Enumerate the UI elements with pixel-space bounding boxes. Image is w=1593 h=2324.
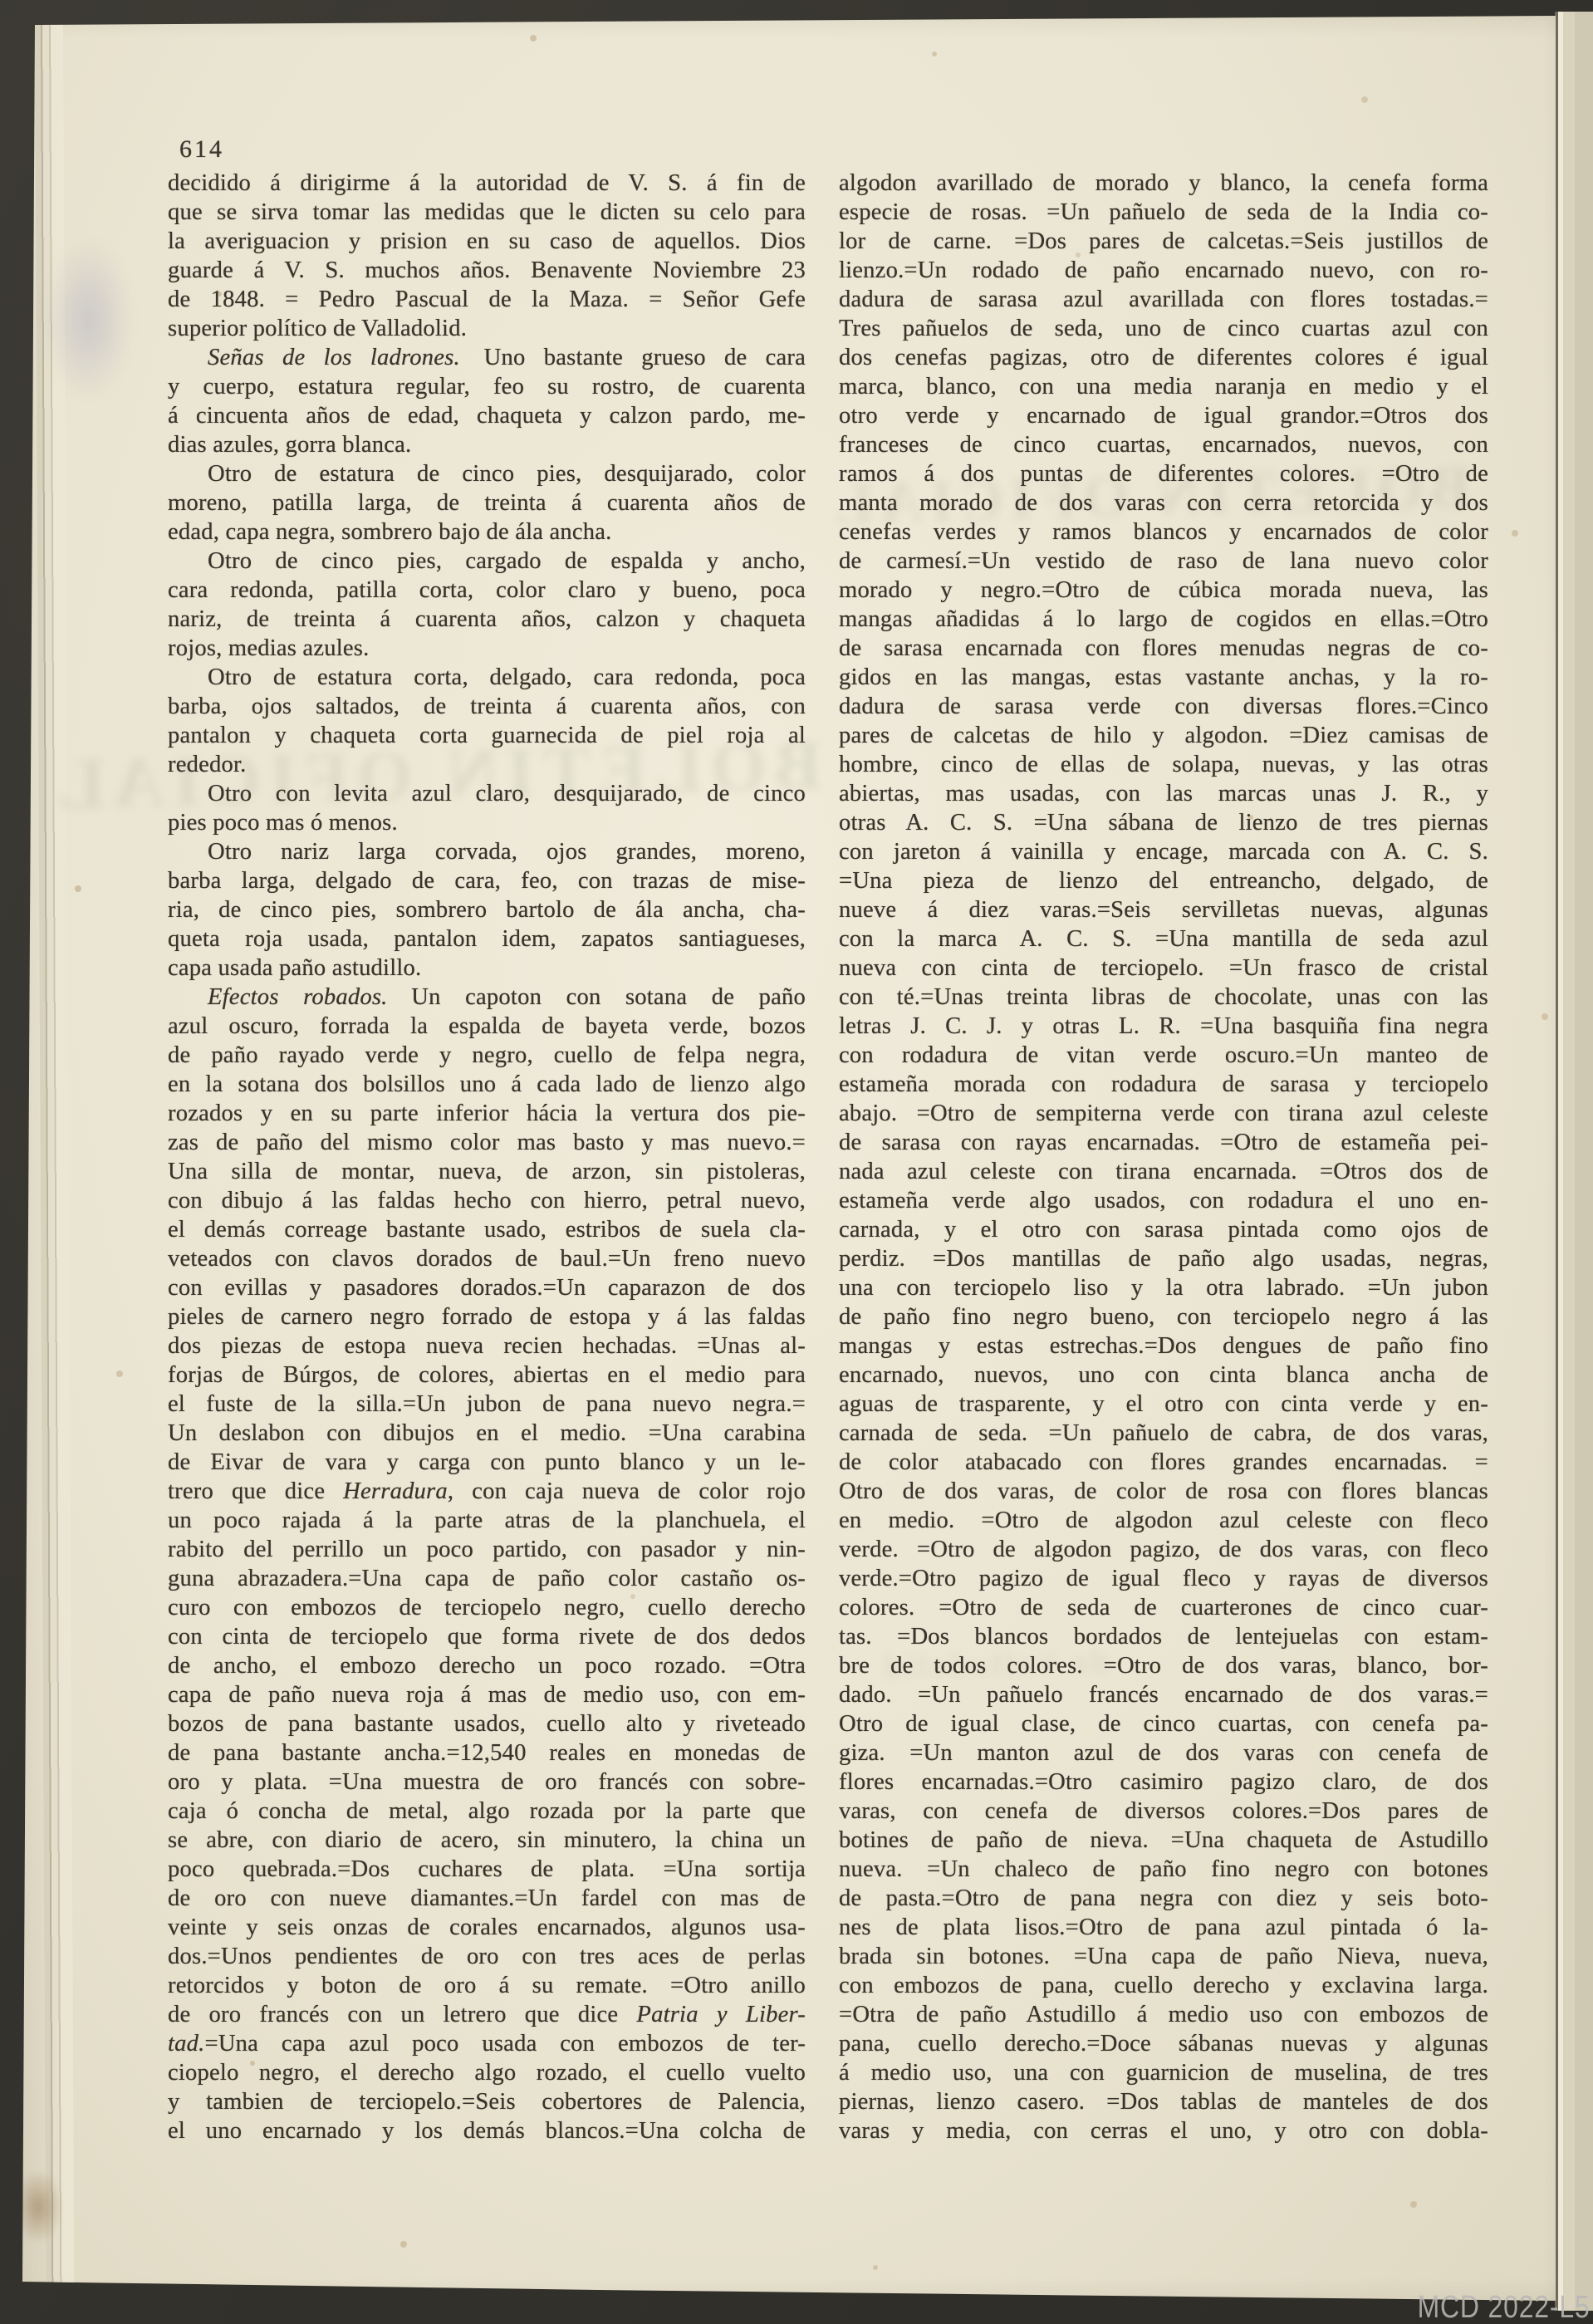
text-line: letras J. C. J. y otras L. R. =Una basqu… <box>839 1012 1488 1041</box>
text-line: gidos en las mangas, estas vastante anch… <box>839 663 1488 692</box>
text-line: Efectos robados. Un capoton con sotana d… <box>168 983 806 1012</box>
text-line: de oro con nueve diamantes.=Un fardel co… <box>168 1884 806 1913</box>
text-line: de paño rayado verde y negro, cuello de … <box>168 1041 806 1070</box>
text-line: pantalon y chaqueta corta guarnecida de … <box>168 721 806 750</box>
text-line: franceses de cinco cuartas, encarnados, … <box>839 430 1488 459</box>
text-line: carnada de seda. =Un pañuelo de cabra, d… <box>839 1419 1488 1448</box>
text-line: de ancho, el embozo derecho un poco roza… <box>168 1651 806 1680</box>
text-line: de Eivar de vara y carga con punto blanc… <box>168 1448 806 1477</box>
text-line: dos cenefas pagizas, otro de diferentes … <box>839 343 1488 372</box>
text-line: Tres pañuelos de seda, uno de cinco cuar… <box>839 314 1488 343</box>
text-line: pana, cuello derecho.=Doce sábanas nueva… <box>839 2029 1488 2058</box>
text-line: algodon avarillado de morado y blanco, l… <box>839 169 1488 198</box>
text-line: mangas añadidas á lo largo de cogidos en… <box>839 605 1488 634</box>
text-line: hombre, cinco de ellas de solapa, nuevas… <box>839 750 1488 779</box>
text-line: varas y media, con cerras el uno, y otro… <box>839 2116 1488 2145</box>
text-line: aguas de trasparente, y el otro con cint… <box>839 1390 1488 1419</box>
text-line: la averiguacion y prision en su caso de … <box>168 227 806 256</box>
text-line: con la marca A. C. S. =Una mantilla de s… <box>839 924 1488 954</box>
text-line: queta roja usada, pantalon idem, zapatos… <box>168 924 806 954</box>
text-line: á cincuenta años de edad, chaqueta y cal… <box>168 401 806 430</box>
text-line: pares de calcetas de hilo y algodon. =Di… <box>839 721 1488 750</box>
paragraph: algodon avarillado de morado y blanco, l… <box>839 169 1488 2145</box>
text-line: botines de paño de nieva. =Una chaqueta … <box>839 1826 1488 1855</box>
page-number: 614 <box>179 135 224 164</box>
text-line: de sarasa encarnada con flores menudas n… <box>839 634 1488 663</box>
text-line: Otro de estatura corta, delgado, cara re… <box>168 663 806 692</box>
text-line: á medio uso, una con guarnicion de musel… <box>839 2058 1488 2087</box>
text-line: colores. =Otro de seda de cuarterones de… <box>839 1593 1488 1622</box>
text-line: Otro de igual clase, de cinco cuartas, c… <box>839 1709 1488 1738</box>
text-line: Otro con levita azul claro, desquijarado… <box>168 779 806 808</box>
text-line: cenefas verdes y ramos blancos y encarna… <box>839 517 1488 547</box>
foxing-spots <box>0 0 3 3</box>
text-line: dos piezas de estopa nueva recien hechad… <box>168 1331 806 1361</box>
text-line: flores encarnadas.=Otro casimiro pagizo … <box>839 1768 1488 1797</box>
text-line: estameña verde algo usados, con rodadura… <box>839 1186 1488 1215</box>
text-line: encarnado, nuevos, uno con cinta blanca … <box>839 1361 1488 1390</box>
text-line: rabito del perrillo un poco partido, con… <box>168 1535 806 1564</box>
text-line: especie de rosas. =Un pañuelo de seda de… <box>839 198 1488 227</box>
paragraph: Otro con levita azul claro, desquijarado… <box>168 779 806 837</box>
text-line: Otro de dos varas, de color de rosa con … <box>839 1477 1488 1506</box>
text-line: de oro francés con un letrero que dice P… <box>168 2000 806 2029</box>
text-line: dos.=Unos pendientes de oro con tres ace… <box>168 1942 806 1971</box>
text-line: forjas de Búrgos, de colores, abiertas e… <box>168 1361 806 1390</box>
text-line: caja ó concha de metal, algo rozada por … <box>168 1797 806 1826</box>
text-line: capa de paño nueva roja á mas de medio u… <box>168 1680 806 1709</box>
text-line: moreno, patilla larga, de treinta á cuar… <box>168 488 806 517</box>
text-line: se abre, con diario de acero, sin minute… <box>168 1826 806 1855</box>
text-line: el uno encarnado y los demás blancos.=Un… <box>168 2116 806 2145</box>
text-line: Una silla de montar, nueva, de arzon, si… <box>168 1157 806 1186</box>
text-line: veinte y seis onzas de corales encarnado… <box>168 1913 806 1942</box>
text-line: abiertas, mas usadas, con las marcas una… <box>839 779 1488 808</box>
text-line: con embozos de pana, cuello derecho y ex… <box>839 1971 1488 2000</box>
text-line: giza. =Un manton azul de dos varas con c… <box>839 1738 1488 1768</box>
paragraph: Señas de los ladrones. Uno bastante grue… <box>168 343 806 459</box>
text-line: oro y plata. =Una muestra de oro francés… <box>168 1768 806 1797</box>
text-line: perdiz. =Dos mantillas de paño algo usad… <box>839 1244 1488 1273</box>
text-line: ria, de cinco pies, sombrero bartolo de … <box>168 895 806 924</box>
text-line: tad.=Una capa azul poco usada con embozo… <box>168 2029 806 2058</box>
text-line: y cuerpo, estatura regular, feo su rostr… <box>168 372 806 401</box>
text-line: de paño fino negro bueno, con terciopelo… <box>839 1302 1488 1331</box>
text-line: nes de plata lisos.=Otro de pana azul pi… <box>839 1913 1488 1942</box>
text-line: bozos de pana bastante usados, cuello al… <box>168 1709 806 1738</box>
text-line: con té.=Unas treinta libras de chocolate… <box>839 983 1488 1012</box>
document-page: BOLETIN OFICIAL BOLETIN OFICIAL de Valla… <box>0 0 1593 2324</box>
text-line: zas de paño del mismo color mas basto y … <box>168 1128 806 1157</box>
text-line: decidido á dirigirme á la autoridad de V… <box>168 169 806 198</box>
scan-background: BOLETIN OFICIAL BOLETIN OFICIAL de Valla… <box>0 0 1593 2324</box>
text-line: =Una pieza de lienzo del entreancho, del… <box>839 866 1488 895</box>
paper-stain <box>13 2170 63 2244</box>
text-line: abajo. =Otro de sempiterna verde con tir… <box>839 1099 1488 1128</box>
text-line: verde.=Otro pagizo de igual fleco y raya… <box>839 1564 1488 1593</box>
text-line: una con terciopelo liso y la otra labrad… <box>839 1273 1488 1302</box>
text-column-left: decidido á dirigirme á la autoridad de V… <box>168 169 806 2145</box>
text-line: estameña morada con rodadura de sarasa y… <box>839 1070 1488 1099</box>
text-line: lor de carne. =Dos pares de calcetas.=Se… <box>839 227 1488 256</box>
text-line: el fuste de la silla.=Un jubon de pana n… <box>168 1390 806 1419</box>
text-line: con rodadura de vitan verde oscuro.=Un m… <box>839 1041 1488 1070</box>
text-line: mangas y estas estrechas.=Dos dengues de… <box>839 1331 1488 1361</box>
text-line: y tambien de terciopelo.=Seis cobertores… <box>168 2087 806 2116</box>
text-line: verde. =Otro de algodon pagizo, de dos v… <box>839 1535 1488 1564</box>
paragraph: Otro de estatura de cinco pies, desquija… <box>168 459 806 547</box>
text-line: bre de todos colores. =Otro de dos varas… <box>839 1651 1488 1680</box>
text-line: piernas, lienzo casero. =Dos tablas de m… <box>839 2087 1488 2116</box>
text-line: rojos, medias azules. <box>168 634 806 663</box>
text-line: de pasta.=Otro de pana negra con diez y … <box>839 1884 1488 1913</box>
text-line: dadura de sarasa azul avarillada con flo… <box>839 285 1488 314</box>
text-line: barba larga, delgado de cara, feo, con t… <box>168 866 806 895</box>
text-line: de color atabacado con flores grandes en… <box>839 1448 1488 1477</box>
text-line: de pana bastante ancha.=12,540 reales en… <box>168 1738 806 1768</box>
text-line: nueva con cinta de terciopelo. =Un frasc… <box>839 954 1488 983</box>
paragraph: Efectos robados. Un capoton con sotana d… <box>168 983 806 2145</box>
text-line: dias azules, gorra blanca. <box>168 430 806 459</box>
text-line: trero que dice Herradura, con caja nueva… <box>168 1477 806 1506</box>
text-line: nueve á diez varas.=Seis servilletas nue… <box>839 895 1488 924</box>
text-line: que se sirva tomar las medidas que le di… <box>168 198 806 227</box>
text-line: manta morado de dos varas con cerra reto… <box>839 488 1488 517</box>
paragraph: Otro de estatura corta, delgado, cara re… <box>168 663 806 779</box>
text-line: marca, blanco, con una media naranja en … <box>839 372 1488 401</box>
text-line: ciopelo negro, el derecho algo rozado, e… <box>168 2058 806 2087</box>
text-line: guna abrazadera.=Una capa de paño color … <box>168 1564 806 1593</box>
text-line: barba, ojos saltados, de treinta á cuare… <box>168 692 806 721</box>
watermark: MCD 2022-L5 <box>1418 2290 1591 2324</box>
text-line: veteados con clavos dorados de baul.=Un … <box>168 1244 806 1273</box>
text-line: otras A. C. S. =Una sábana de lienzo de … <box>839 808 1488 837</box>
text-line: retorcidos y boton de oro á su remate. =… <box>168 1971 806 2000</box>
text-line: un poco rajada á la parte atras de la pl… <box>168 1506 806 1535</box>
text-line: dado. =Un pañuelo francés encarnado de d… <box>839 1680 1488 1709</box>
text-line: Un deslabon con dibujos en el medio. =Un… <box>168 1419 806 1448</box>
text-line: superior político de Valladolid. <box>168 314 806 343</box>
text-line: Señas de los ladrones. Uno bastante grue… <box>168 343 806 372</box>
text-line: morado y negro.=Otro de cúbica morada nu… <box>839 576 1488 605</box>
text-line: curo con embozos de terciopelo negro, cu… <box>168 1593 806 1622</box>
text-line: poco quebrada.=Dos cuchares de plata. =U… <box>168 1855 806 1884</box>
text-line: de carmesí.=Un vestido de raso de lana n… <box>839 547 1488 576</box>
text-line: de 1848. = Pedro Pascual de la Maza. = S… <box>168 285 806 314</box>
text-line: dadura de sarasa verde con diversas flor… <box>839 692 1488 721</box>
text-line: carnada, y el otro con sarasa pintada co… <box>839 1215 1488 1244</box>
text-line: el demás correage bastante usado, estrib… <box>168 1215 806 1244</box>
text-line: varas, con cenefa de diversos colores.=D… <box>839 1797 1488 1826</box>
paragraph: Otro nariz larga corvada, ojos grandes, … <box>168 837 806 983</box>
text-line: cara redonda, patilla corta, color claro… <box>168 576 806 605</box>
paragraph: Otro de cinco pies, cargado de espalda y… <box>168 547 806 663</box>
ink-smudge <box>43 237 135 403</box>
text-line: Otro nariz larga corvada, ojos grandes, … <box>168 837 806 866</box>
text-line: pies poco mas ó menos. <box>168 808 806 837</box>
text-line: lienzo.=Un rodado de paño encarnado nuev… <box>839 256 1488 285</box>
text-line: Otro de cinco pies, cargado de espalda y… <box>168 547 806 576</box>
text-line: con dibujo á las faldas hecho con hierro… <box>168 1186 806 1215</box>
text-line: Otro de estatura de cinco pies, desquija… <box>168 459 806 488</box>
text-line: guarde á V. S. muchos años. Benavente No… <box>168 256 806 285</box>
text-line: azul oscuro, forrada la espalda de bayet… <box>168 1012 806 1041</box>
text-column-right: algodon avarillado de morado y blanco, l… <box>839 169 1488 2145</box>
text-line: =Otra de paño Astudillo á medio uso con … <box>839 2000 1488 2029</box>
text-line: otro verde y encarnado de igual grandor.… <box>839 401 1488 430</box>
text-line: con jareton á vainilla y encage, marcada… <box>839 837 1488 866</box>
text-line: capa usada paño astudillo. <box>168 954 806 983</box>
text-line: tas. =Dos blancos bordados de lentejuela… <box>839 1622 1488 1651</box>
text-line: en medio. =Otro de algodon azul celeste … <box>839 1506 1488 1535</box>
text-line: pieles de carnero negro forrado de estop… <box>168 1302 806 1331</box>
paragraph: decidido á dirigirme á la autoridad de V… <box>168 169 806 343</box>
text-line: de sarasa con rayas encarnadas. =Otro de… <box>839 1128 1488 1157</box>
text-line: con cinta de terciopelo que forma rivete… <box>168 1622 806 1651</box>
text-line: rededor. <box>168 750 806 779</box>
text-line: en la sotana dos bolsillos uno á cada la… <box>168 1070 806 1099</box>
text-line: nueva. =Un chaleco de paño fino negro co… <box>839 1855 1488 1884</box>
text-line: edad, capa negra, sombrero bajo de ála a… <box>168 517 806 547</box>
text-line: rozados y en su parte inferior hácia la … <box>168 1099 806 1128</box>
text-line: nada azul celeste con tirana encarnada. … <box>839 1157 1488 1186</box>
text-line: brada sin botones. =Una capa de paño Nie… <box>839 1942 1488 1971</box>
adjacent-page-edge <box>1555 12 1593 2311</box>
text-line: ramos á dos puntas de diferentes colores… <box>839 459 1488 488</box>
text-line: con evillas y pasadores dorados.=Un capa… <box>168 1273 806 1302</box>
text-line: nariz, de treinta á cuarenta años, calzo… <box>168 605 806 634</box>
